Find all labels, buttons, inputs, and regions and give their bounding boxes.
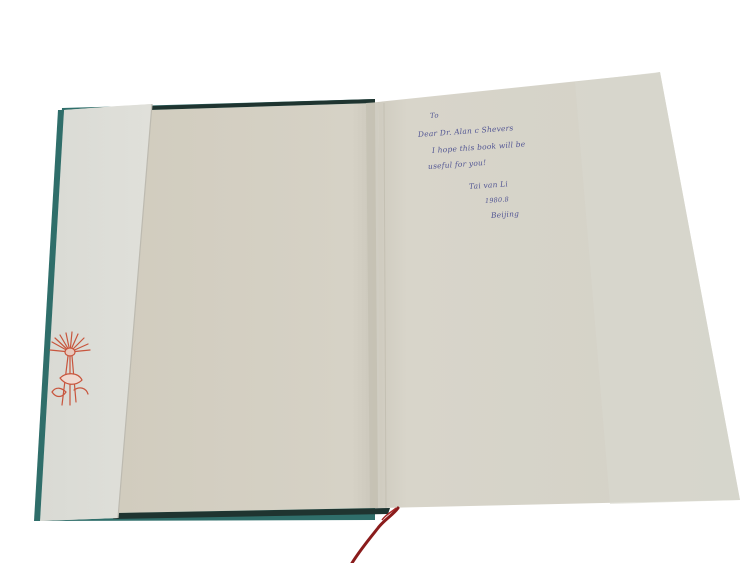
book-illustration bbox=[0, 0, 750, 563]
open-book-photo: To Dear Dr. Alan c Shevers I hope this b… bbox=[0, 0, 750, 563]
right-page bbox=[378, 72, 740, 508]
left-endpaper bbox=[116, 102, 382, 513]
